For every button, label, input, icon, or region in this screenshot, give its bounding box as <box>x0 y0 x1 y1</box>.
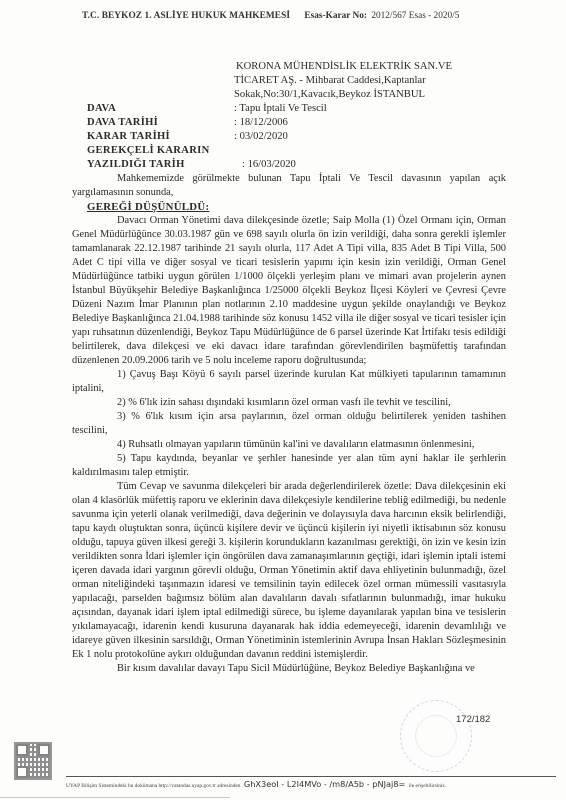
court-name: T.C. BEYKOZ 1. ASLİYE HUKUK MAHKEMESİ <box>82 11 290 21</box>
footer-suffix: ile erişebilirsiniz. <box>409 783 446 789</box>
verification-footer: UYAP Bilişim Sistemindeki bu dokümana ht… <box>66 779 566 789</box>
meta-value: : 16/03/2020 <box>242 158 296 172</box>
meta-row-dava-tarihi: DAVA TARİHİ : 18/12/2006 <box>87 116 527 130</box>
footer-divider <box>66 776 556 777</box>
party-line: Sokak,No:30/1,Kavacık,Beykoz İSTANBUL <box>234 88 524 102</box>
intro-paragraph: Mahkememizde görülmekte bulunan Tapu İpt… <box>72 172 506 200</box>
meta-row-yazildigi-tarih: YAZILDIĞI TARİH : 16/03/2020 <box>87 158 527 172</box>
meta-row-karar-tarihi: KARAR TARİHİ : 03/02/2020 <box>87 130 527 144</box>
meta-label: GEREKÇELİ KARARIN <box>87 144 210 158</box>
party-line: KORONA MÜHENDİSLİK ELEKTRİK SAN.VE <box>234 60 524 74</box>
meta-label: DAVA TARİHİ <box>87 116 158 130</box>
case-metadata: DAVA : Tapu İptali Ve Tescil DAVA TARİHİ… <box>87 102 527 172</box>
meta-label: KARAR TARİHİ <box>87 130 170 144</box>
continuation-paragraph: Bir kısım davalılar davayı Tapu Sicil Mü… <box>72 662 506 676</box>
claim-item: 2) % 6'lık izin sahası dışındaki kısımla… <box>72 396 506 410</box>
claim-item: 5) Tapu kaydında, beyanlar ve şerhler ha… <box>72 452 506 480</box>
seal-stamp <box>400 700 472 772</box>
meta-value: : 03/02/2020 <box>234 130 288 144</box>
page-number: 172/182 <box>456 714 490 725</box>
document-header: T.C. BEYKOZ 1. ASLİYE HUKUK MAHKEMESİ Es… <box>82 11 522 21</box>
verification-code: GhX3eoI - L2I4MVo - /m8/A5b - pNJaj8= <box>244 779 406 789</box>
section-heading: GEREĞİ DÜŞÜNÜLDÜ: <box>72 200 506 214</box>
meta-label: YAZILDIĞI TARİH <box>87 158 185 172</box>
defense-paragraph: Tüm Cevap ve savunma dilekçeleri bir ara… <box>72 480 506 662</box>
case-number-label: Esas-Karar No: <box>304 11 367 21</box>
party-address: KORONA MÜHENDİSLİK ELEKTRİK SAN.VE TİCAR… <box>234 60 524 102</box>
party-line: TİCARET AŞ. - Mihbarat Caddesi,Kaptanlar <box>234 74 524 88</box>
claim-item: 4) Ruhsatlı olmayan yapıların tümünün ka… <box>72 438 506 452</box>
claim-paragraph: Davacı Orman Yönetimi dava dilekçesinde … <box>72 214 506 368</box>
bottom-edge-line <box>0 797 230 798</box>
meta-row-dava: DAVA : Tapu İptali Ve Tescil <box>87 102 527 116</box>
footer-prefix: UYAP Bilişim Sistemindeki bu dokümana ht… <box>66 783 240 789</box>
meta-value: : 18/12/2006 <box>234 116 288 130</box>
claim-item: 3) % 6'lık kısım için arsa paylarının, ö… <box>72 410 506 438</box>
qr-code-icon <box>16 744 50 778</box>
document-body: Mahkememizde görülmekte bulunan Tapu İpt… <box>72 172 506 676</box>
meta-row-gerekceli: GEREKÇELİ KARARIN <box>87 144 527 158</box>
meta-value: : Tapu İptali Ve Tescil <box>234 102 327 116</box>
claim-item: 1) Çavuş Başı Köyü 6 sayılı parsel üzeri… <box>72 368 506 396</box>
meta-label: DAVA <box>87 102 116 116</box>
document-page: T.C. BEYKOZ 1. ASLİYE HUKUK MAHKEMESİ Es… <box>0 0 566 800</box>
case-number-value: 2012/567 Esas - 2020/5 <box>371 11 459 21</box>
